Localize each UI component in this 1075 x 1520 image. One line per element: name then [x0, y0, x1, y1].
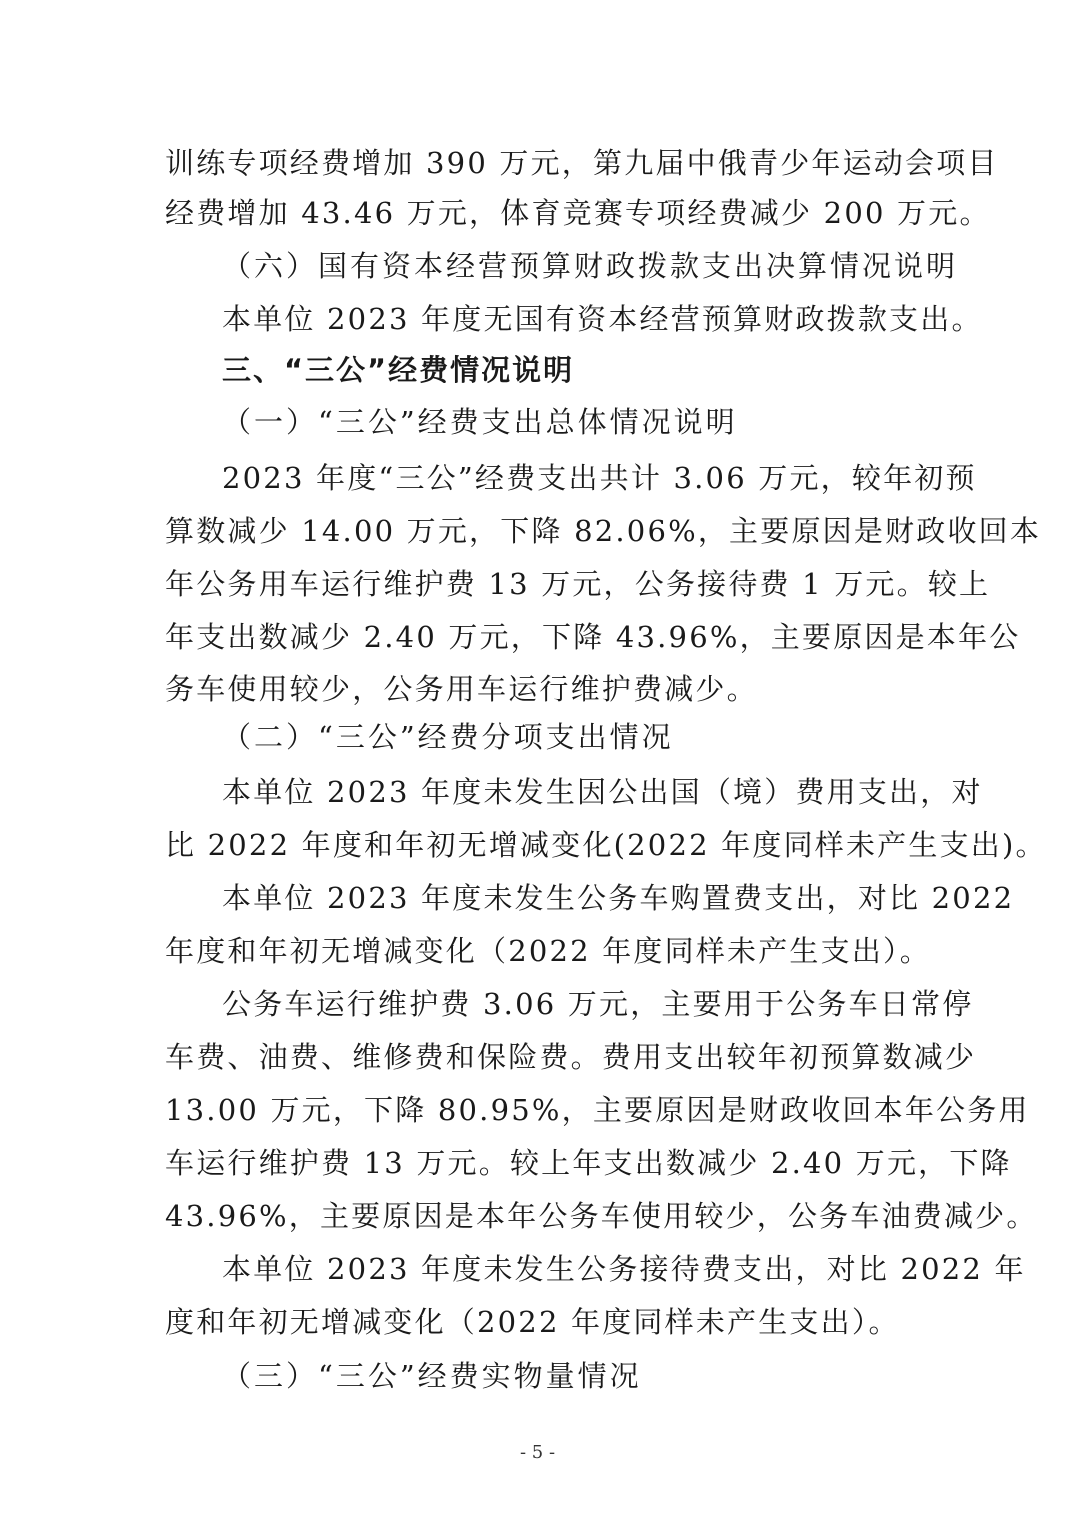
paragraph-line: 车费、油费、维修费和保险费。费用支出较年初预算数减少 — [165, 1037, 913, 1077]
paragraph-line: 算数减少 14.00 万元，下降 82.06%，主要原因是财政收回本 — [165, 511, 913, 551]
paragraph-line: 本单位 2023 年度未发生公务接待费支出，对比 2022 年 — [222, 1249, 912, 1289]
paragraph-line: 本单位 2023 年度未发生公务车购置费支出，对比 2022 — [222, 878, 912, 918]
paragraph-line: 13.00 万元，下降 80.95%，主要原因是财政收回本年公务用 — [165, 1090, 913, 1130]
paragraph-line: 43.96%，主要原因是本年公务车使用较少，公务车油费减少。 — [165, 1196, 913, 1236]
paragraph-line: 年支出数减少 2.40 万元，下降 43.96%，主要原因是本年公 — [165, 617, 913, 657]
paragraph-line: 2023 年度“三公”经费支出共计 3.06 万元，较年初预 — [222, 458, 912, 498]
paragraph-line: 年公务用车运行维护费 13 万元，公务接待费 1 万元。较上 — [165, 564, 913, 604]
paragraph-line: 比 2022 年度和年初无增减变化(2022 年度同样未产生支出)。 — [165, 825, 913, 865]
section-subheading: （二）“三公”经费分项支出情况 — [222, 717, 912, 757]
paragraph-line: 年度和年初无增减变化（2022 年度同样未产生支出）。 — [165, 931, 913, 971]
page-number: - 5 - — [0, 1442, 1075, 1463]
section-heading: 三、“三公”经费情况说明 — [222, 350, 912, 390]
section-subheading: （一）“三公”经费支出总体情况说明 — [222, 402, 912, 442]
section-subheading: （三）“三公”经费实物量情况 — [222, 1356, 912, 1396]
paragraph-line: 训练专项经费增加 390 万元，第九届中俄青少年运动会项目 — [165, 143, 913, 183]
paragraph-line: 务车使用较少，公务用车运行维护费减少。 — [165, 669, 913, 709]
paragraph-line: 本单位 2023 年度未发生因公出国（境）费用支出，对 — [222, 772, 912, 812]
paragraph-line: 车运行维护费 13 万元。较上年支出数减少 2.40 万元，下降 — [165, 1143, 913, 1183]
paragraph-line: 经费增加 43.46 万元，体育竞赛专项经费减少 200 万元。 — [165, 193, 913, 233]
paragraph-line: 本单位 2023 年度无国有资本经营预算财政拨款支出。 — [222, 299, 912, 339]
paragraph-line: 公务车运行维护费 3.06 万元，主要用于公务车日常停 — [222, 984, 912, 1024]
document-page: 训练专项经费增加 390 万元，第九届中俄青少年运动会项目 经费增加 43.46… — [0, 0, 1075, 1520]
paragraph-line: 度和年初无增减变化（2022 年度同样未产生支出）。 — [165, 1302, 913, 1342]
section-subheading: （六）国有资本经营预算财政拨款支出决算情况说明 — [222, 246, 912, 286]
